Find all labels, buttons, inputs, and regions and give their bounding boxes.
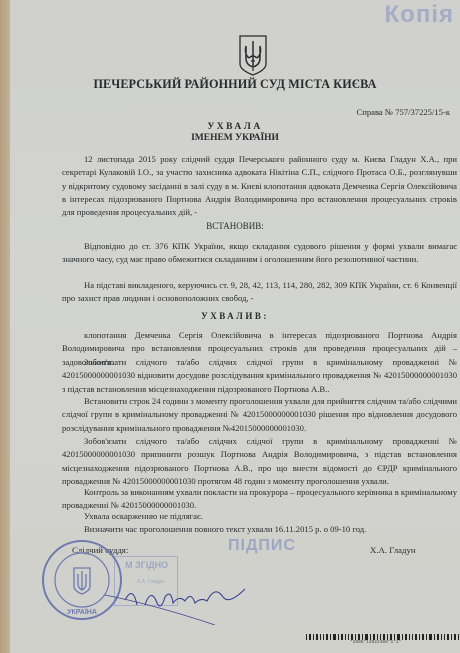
established-heading: ВСТАНОВИВ:	[10, 221, 460, 231]
ruling-item: Контроль за виконанням ухвали покласти н…	[62, 486, 457, 513]
established-paragraph: На підставі викладеного, керуючись ст. 9…	[62, 279, 457, 306]
document-type: УХВАЛА	[10, 122, 460, 132]
intro-paragraph: 12 листопада 2015 року слідчий суддя Печ…	[62, 153, 457, 219]
document-subtitle: ІМЕНЕМ УКРАЇНИ	[10, 133, 460, 143]
established-paragraph: Відповідно до ст. 376 КПК України, якщо …	[62, 240, 457, 267]
judge-name: Х.А. Гладун	[370, 545, 416, 555]
ruled-heading: УХВАЛИВ:	[10, 311, 460, 321]
case-number: Справа № 757/37225/15-к	[357, 107, 450, 117]
ruling-item: Зобов'язати слідчого та/або слідчих слід…	[62, 356, 457, 396]
copy-stamp-title: М ЗГІДНО	[125, 560, 168, 570]
signed-stamp: ПІДПИС	[228, 537, 296, 555]
ruling-item: Визначити час проголошення повного текст…	[62, 523, 457, 536]
svg-text:УКРАЇНА: УКРАЇНА	[67, 608, 97, 616]
desk-background	[0, 0, 10, 653]
handwritten-signature	[105, 575, 265, 625]
ruling-item: Ухвала оскарженню не підлягає.	[62, 510, 457, 523]
barcode-number: *2606*13622308*1*1*	[350, 640, 401, 645]
coat-of-arms-icon	[238, 34, 268, 76]
court-name: ПЕЧЕРСЬКИЙ РАЙОННИЙ СУД МІСТА КИЄВА	[10, 77, 460, 92]
ruling-item: Зобов'язати слідчого та/або слідчих слід…	[62, 435, 457, 488]
court-ruling-page: Копія ПЕЧЕРСЬКИЙ РАЙОННИЙ СУД МІСТА КИЄВ…	[10, 0, 460, 653]
ruling-item: Встановити строк 24 години з моменту про…	[62, 395, 457, 435]
copy-stamp: Копія	[385, 1, 454, 29]
